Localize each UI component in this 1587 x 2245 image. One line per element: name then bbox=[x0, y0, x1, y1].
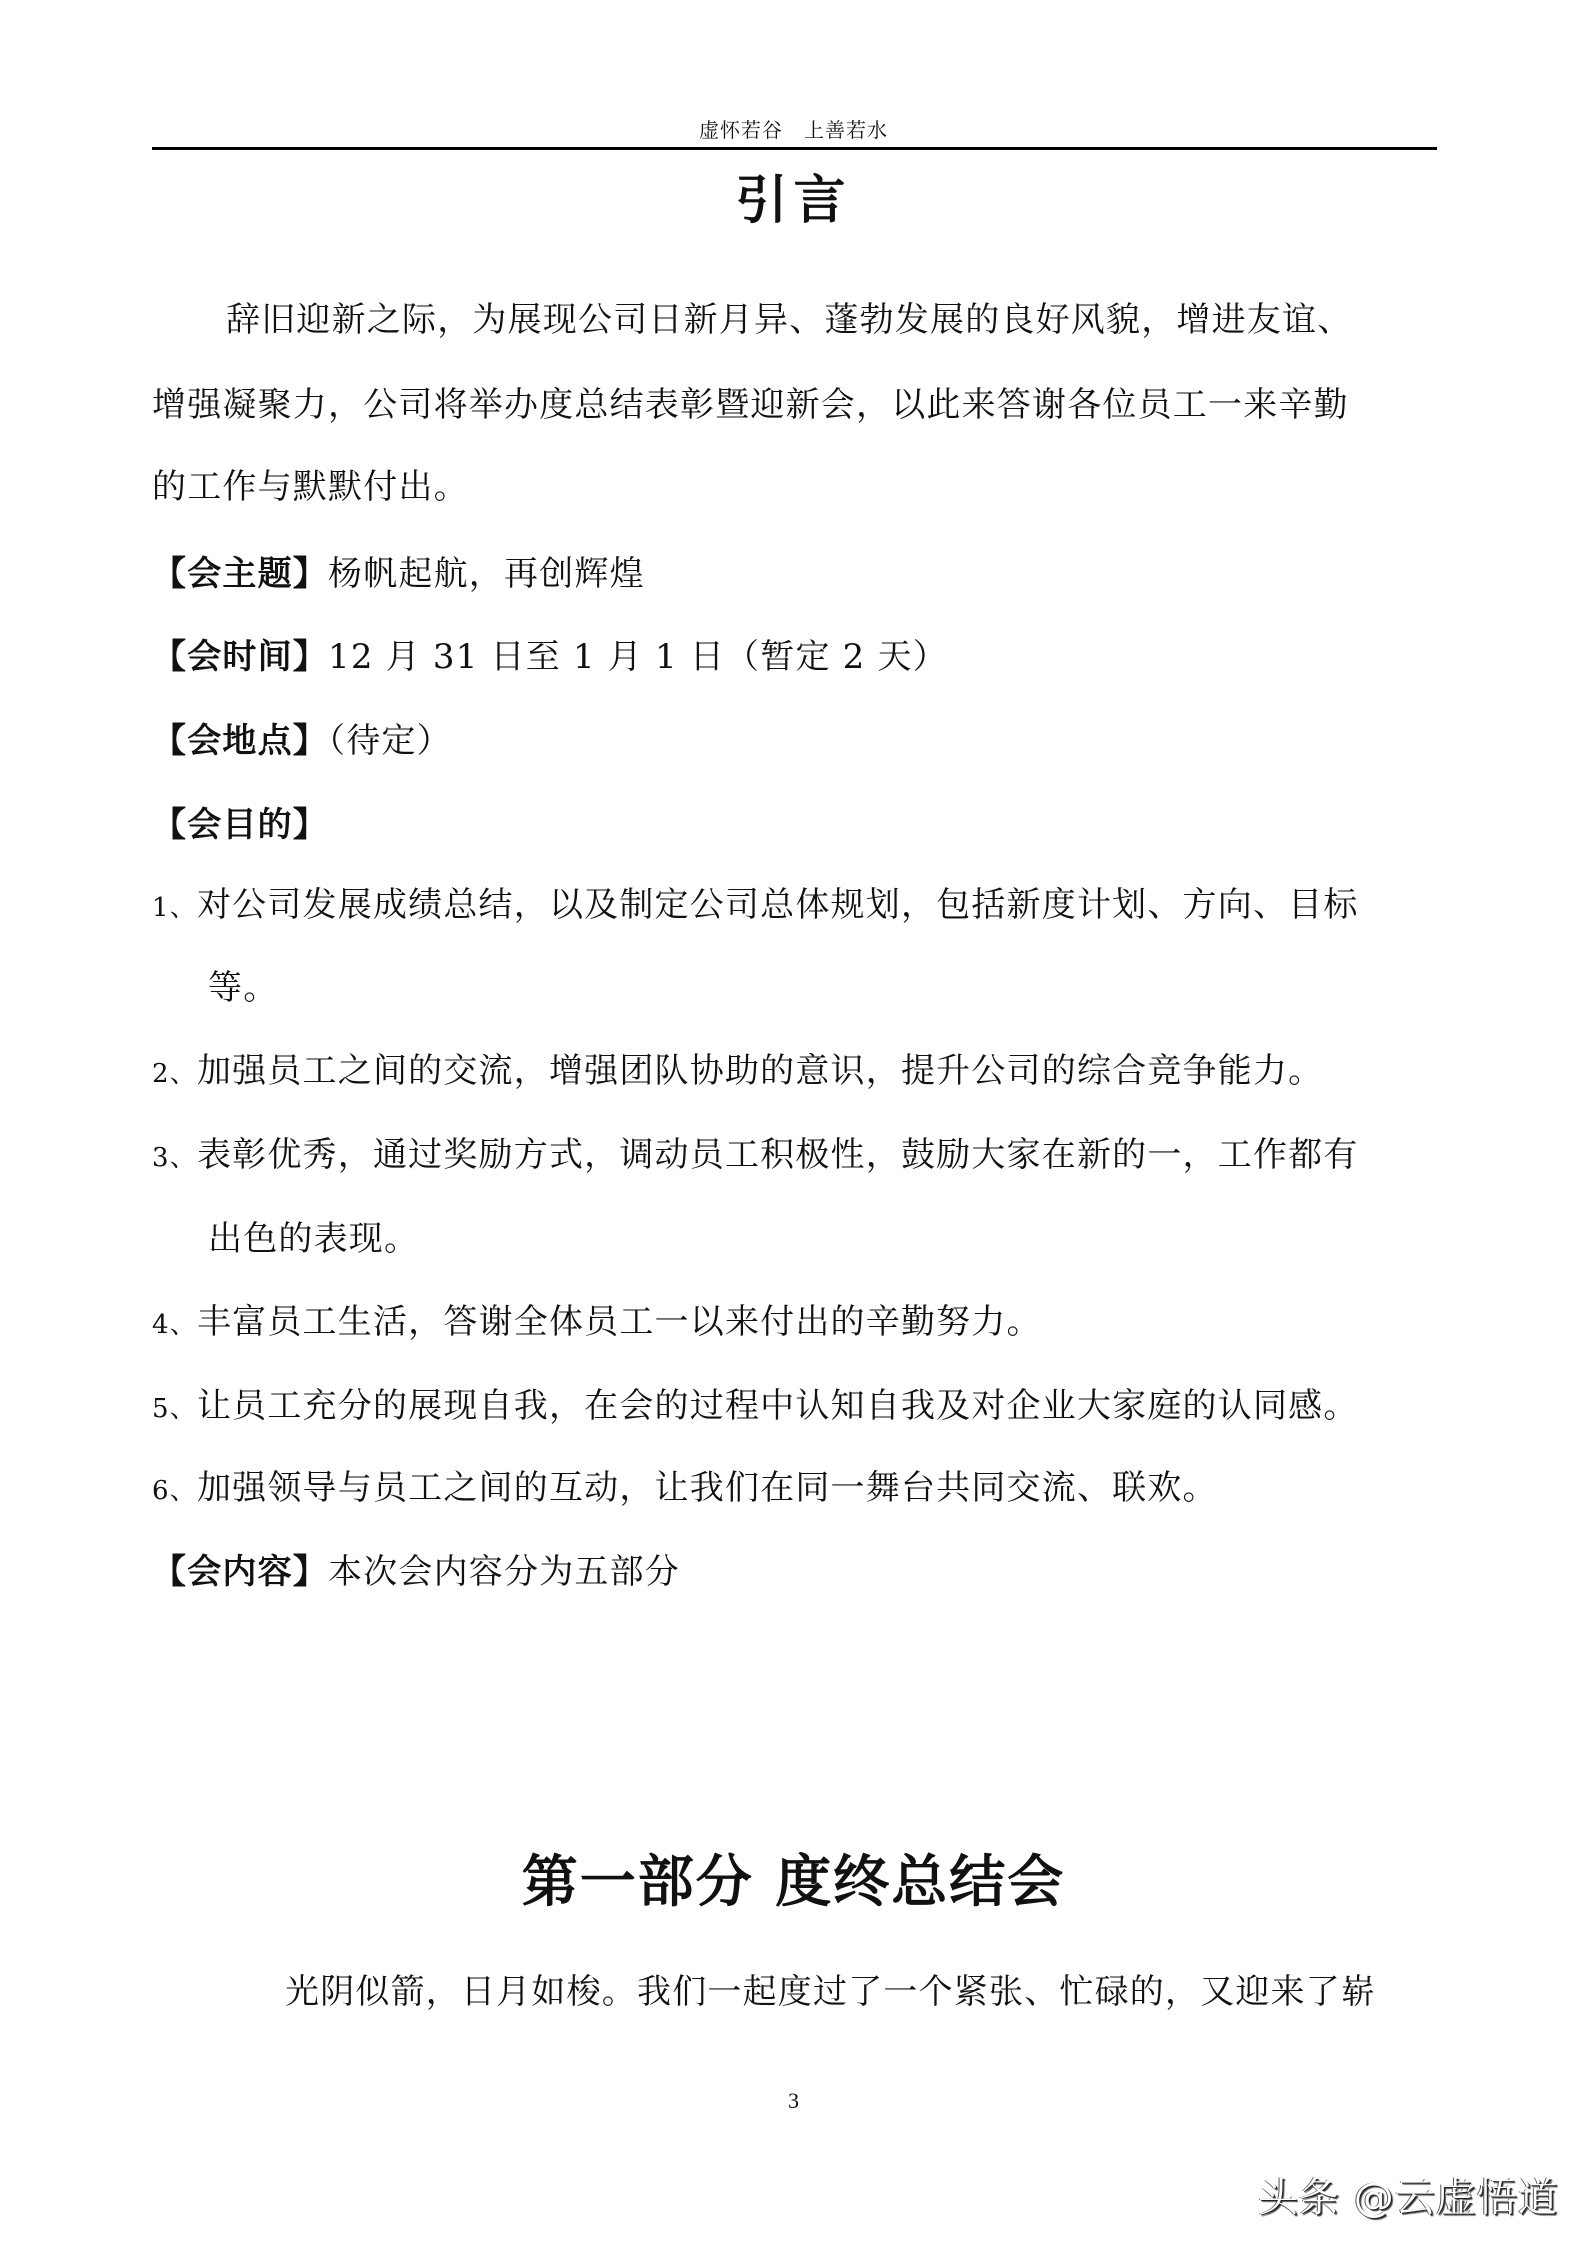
section-heading: 第一部分 度终总结会 bbox=[0, 1838, 1587, 1918]
page-title: 引言 bbox=[0, 158, 1587, 233]
list-text: 让员工充分的展现自我，在会的过程中认知自我及对企业大家庭的认同感。 bbox=[197, 1386, 1359, 1426]
field-label: 【会内容】 bbox=[152, 1552, 328, 1592]
section-first-line: 光阴似箭，日月如梭。我们一起度过了一个紧张、忙碌的，又迎来了崭 bbox=[285, 1972, 1376, 2012]
list-number: 6、 bbox=[152, 1476, 197, 1506]
field-location: 【会地点】（待定） bbox=[152, 721, 452, 761]
list-item: 2、加强员工之间的交流，增强团队协助的意识，提升公司的综合竞争能力。 bbox=[152, 1051, 1323, 1094]
list-number: 4、 bbox=[152, 1310, 197, 1340]
list-text: 丰富员工生活，答谢全体员工一以来付出的辛勤努力。 bbox=[197, 1302, 1042, 1342]
list-text: 加强员工之间的交流，增强团队协助的意识，提升公司的综合竞争能力。 bbox=[197, 1051, 1323, 1091]
field-label: 【会时间】 bbox=[152, 637, 328, 677]
field-value: 12 月 31 日至 1 月 1 日（暂定 2 天） bbox=[328, 637, 948, 677]
field-value: （待定） bbox=[328, 721, 452, 761]
list-text: 对公司发展成绩总结，以及制定公司总体规划，包括新度计划、方向、目标 bbox=[197, 885, 1359, 925]
field-time: 【会时间】12 月 31 日至 1 月 1 日（暂定 2 天） bbox=[152, 637, 948, 677]
intro-line: 增强凝聚力，公司将举办度总结表彰暨迎新会，以此来答谢各位员工一来辛勤 bbox=[152, 385, 1349, 425]
intro-line: 的工作与默默付出。 bbox=[152, 467, 469, 507]
header-rule bbox=[152, 147, 1437, 150]
running-header: 虚怀若谷 上善若水 bbox=[0, 114, 1587, 143]
field-value: 杨帆起航，再创辉煌 bbox=[328, 554, 645, 594]
field-theme: 【会主题】杨帆起航，再创辉煌 bbox=[152, 554, 645, 594]
field-label: 【会目的】 bbox=[152, 805, 328, 845]
list-number: 5、 bbox=[152, 1394, 197, 1424]
intro-line: 辞旧迎新之际，为展现公司日新月异、蓬勃发展的良好风貌，增进友谊、 bbox=[226, 300, 1352, 340]
field-value: 本次会内容分为五部分 bbox=[328, 1552, 680, 1592]
list-item-continuation: 等。 bbox=[208, 968, 278, 1008]
list-item: 5、让员工充分的展现自我，在会的过程中认知自我及对企业大家庭的认同感。 bbox=[152, 1386, 1359, 1429]
field-label: 【会地点】 bbox=[152, 721, 328, 761]
list-item: 3、表彰优秀，通过奖励方式，调动员工积极性，鼓励大家在新的一，工作都有 bbox=[152, 1135, 1359, 1178]
field-purpose: 【会目的】 bbox=[152, 805, 328, 845]
field-content: 【会内容】本次会内容分为五部分 bbox=[152, 1552, 680, 1592]
field-label: 【会主题】 bbox=[152, 554, 328, 594]
list-item: 1、对公司发展成绩总结，以及制定公司总体规划，包括新度计划、方向、目标 bbox=[152, 885, 1359, 928]
watermark: 头条 @云虚悟道 bbox=[1258, 2166, 1559, 2223]
list-number: 1、 bbox=[152, 893, 197, 923]
list-number: 3、 bbox=[152, 1143, 197, 1173]
page-number: 3 bbox=[0, 2088, 1587, 2114]
list-item: 6、加强领导与员工之间的互动，让我们在同一舞台共同交流、联欢。 bbox=[152, 1468, 1218, 1511]
list-text: 表彰优秀，通过奖励方式，调动员工积极性，鼓励大家在新的一，工作都有 bbox=[197, 1135, 1359, 1175]
list-item: 4、丰富员工生活，答谢全体员工一以来付出的辛勤努力。 bbox=[152, 1302, 1042, 1345]
list-number: 2、 bbox=[152, 1059, 197, 1089]
list-item-continuation: 出色的表现。 bbox=[208, 1219, 419, 1259]
list-text: 加强领导与员工之间的互动，让我们在同一舞台共同交流、联欢。 bbox=[197, 1468, 1218, 1508]
